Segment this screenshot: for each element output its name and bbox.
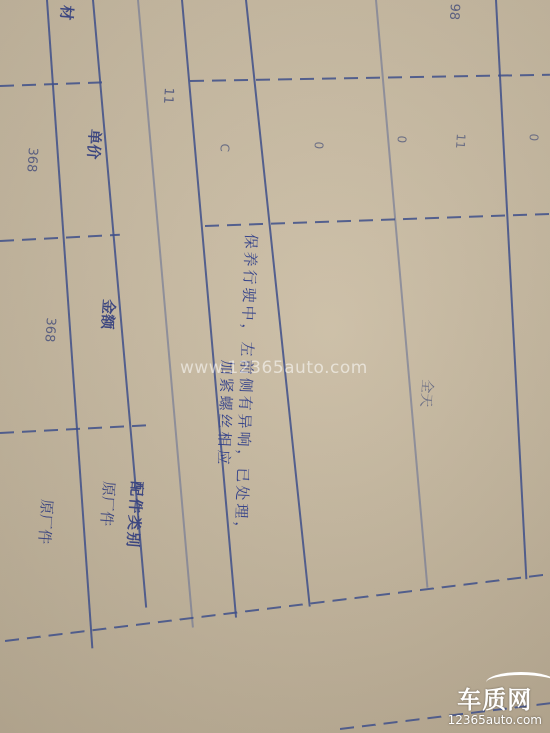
- header-amount: 金额: [97, 299, 120, 330]
- table-row-divider: [205, 213, 550, 227]
- right-column-note: 全天: [416, 379, 438, 408]
- header-unit-price: 单价: [83, 129, 106, 160]
- table-row-divider: [190, 74, 550, 82]
- table-rule: [375, 0, 428, 588]
- header-parts-type: 配件类别: [122, 481, 148, 550]
- mid-row-value: 0: [395, 135, 409, 144]
- top-right-number: 98: [446, 3, 462, 21]
- mid-row-value: 0: [527, 133, 541, 142]
- quantity-value: 11: [160, 87, 176, 105]
- watermark-text: www.12365auto.com: [180, 358, 368, 378]
- logo-arc-icon: [486, 672, 550, 693]
- table-row-divider: [0, 81, 110, 87]
- header-unit-fragment: 材: [56, 5, 78, 21]
- parts-type-entry: 原厂件: [96, 481, 120, 527]
- mid-row-value: 0: [312, 141, 326, 150]
- table-row-divider: [0, 234, 120, 242]
- logo-url: 12365auto.com: [448, 713, 542, 727]
- circle-mark: C: [217, 143, 232, 152]
- table-rule: [495, 0, 527, 579]
- parts-type-entry: 原厂件: [34, 499, 58, 545]
- mid-row-value: 11: [453, 133, 468, 149]
- amount-value: 368: [41, 317, 58, 343]
- site-logo: 车质网 12365auto.com: [448, 680, 542, 727]
- table-rule: [181, 0, 237, 618]
- unit-price-value: 368: [23, 147, 40, 173]
